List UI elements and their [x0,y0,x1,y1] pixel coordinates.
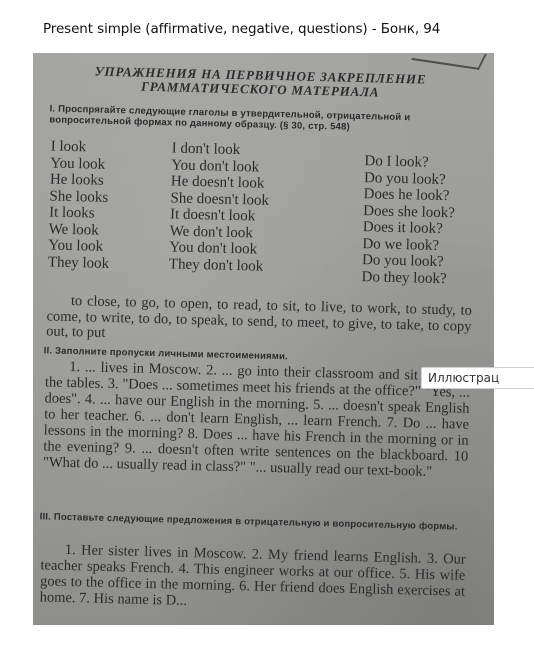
affirmative-row: You look [48,237,110,255]
question-row: Do I look? [364,153,456,172]
affirmative-row: You look [50,155,112,173]
textbook-photo[interactable]: УПРАЖНЕНИЯ НА ПЕРВИЧНОЕ ЗАКРЕПЛЕНИЕ ГРАМ… [33,53,494,625]
question-row: Do you look? [362,252,454,271]
textbook-page: УПРАЖНЕНИЯ НА ПЕРВИЧНОЕ ЗАКРЕПЛЕНИЕ ГРАМ… [33,53,494,625]
negative-row: They don't look [169,256,268,275]
verb-list: to close, to go, to open, to read, to si… [46,293,472,350]
question-row: Does it look? [363,219,455,238]
section-heading: УПРАЖНЕНИЯ НА ПЕРВИЧНОЕ ЗАКРЕПЛЕНИЕ ГРАМ… [90,64,431,100]
negative-column: I don't look You don't look He doesn't l… [169,140,271,274]
negative-row: It doesn't look [170,206,269,225]
question-column: Do I look? Do you look? Does he look? Do… [361,153,456,287]
document-title: Present simple (affirmative, negative, q… [43,21,440,37]
task-1-instruction: I. Проспрягайте следующие глаголы в утве… [49,103,469,135]
task-3-instruction: III. Поставьте следующие предложения в о… [40,511,460,532]
affirmative-column: I look You look He looks She looks It lo… [48,138,112,271]
question-row: Does he look? [363,186,455,205]
negative-row: He doesn't look [171,173,270,192]
image-tooltip: Иллюстрац [421,367,534,389]
task-2-text: 1. ... lives in Moscow. 2. ... go into t… [43,358,471,480]
negative-row: You don't look [169,239,268,258]
affirmative-row: They look [48,254,110,272]
question-row: Do they look? [361,269,453,288]
affirmative-row: I look [51,138,113,156]
affirmative-row: We look [48,221,110,239]
task-3-text: 1. Her sister lives in Moscow. 2. My fri… [40,541,466,615]
affirmative-row: She looks [49,188,111,206]
negative-row: I don't look [172,140,271,159]
affirmative-row: He looks [50,171,112,189]
affirmative-row: It looks [49,204,111,222]
